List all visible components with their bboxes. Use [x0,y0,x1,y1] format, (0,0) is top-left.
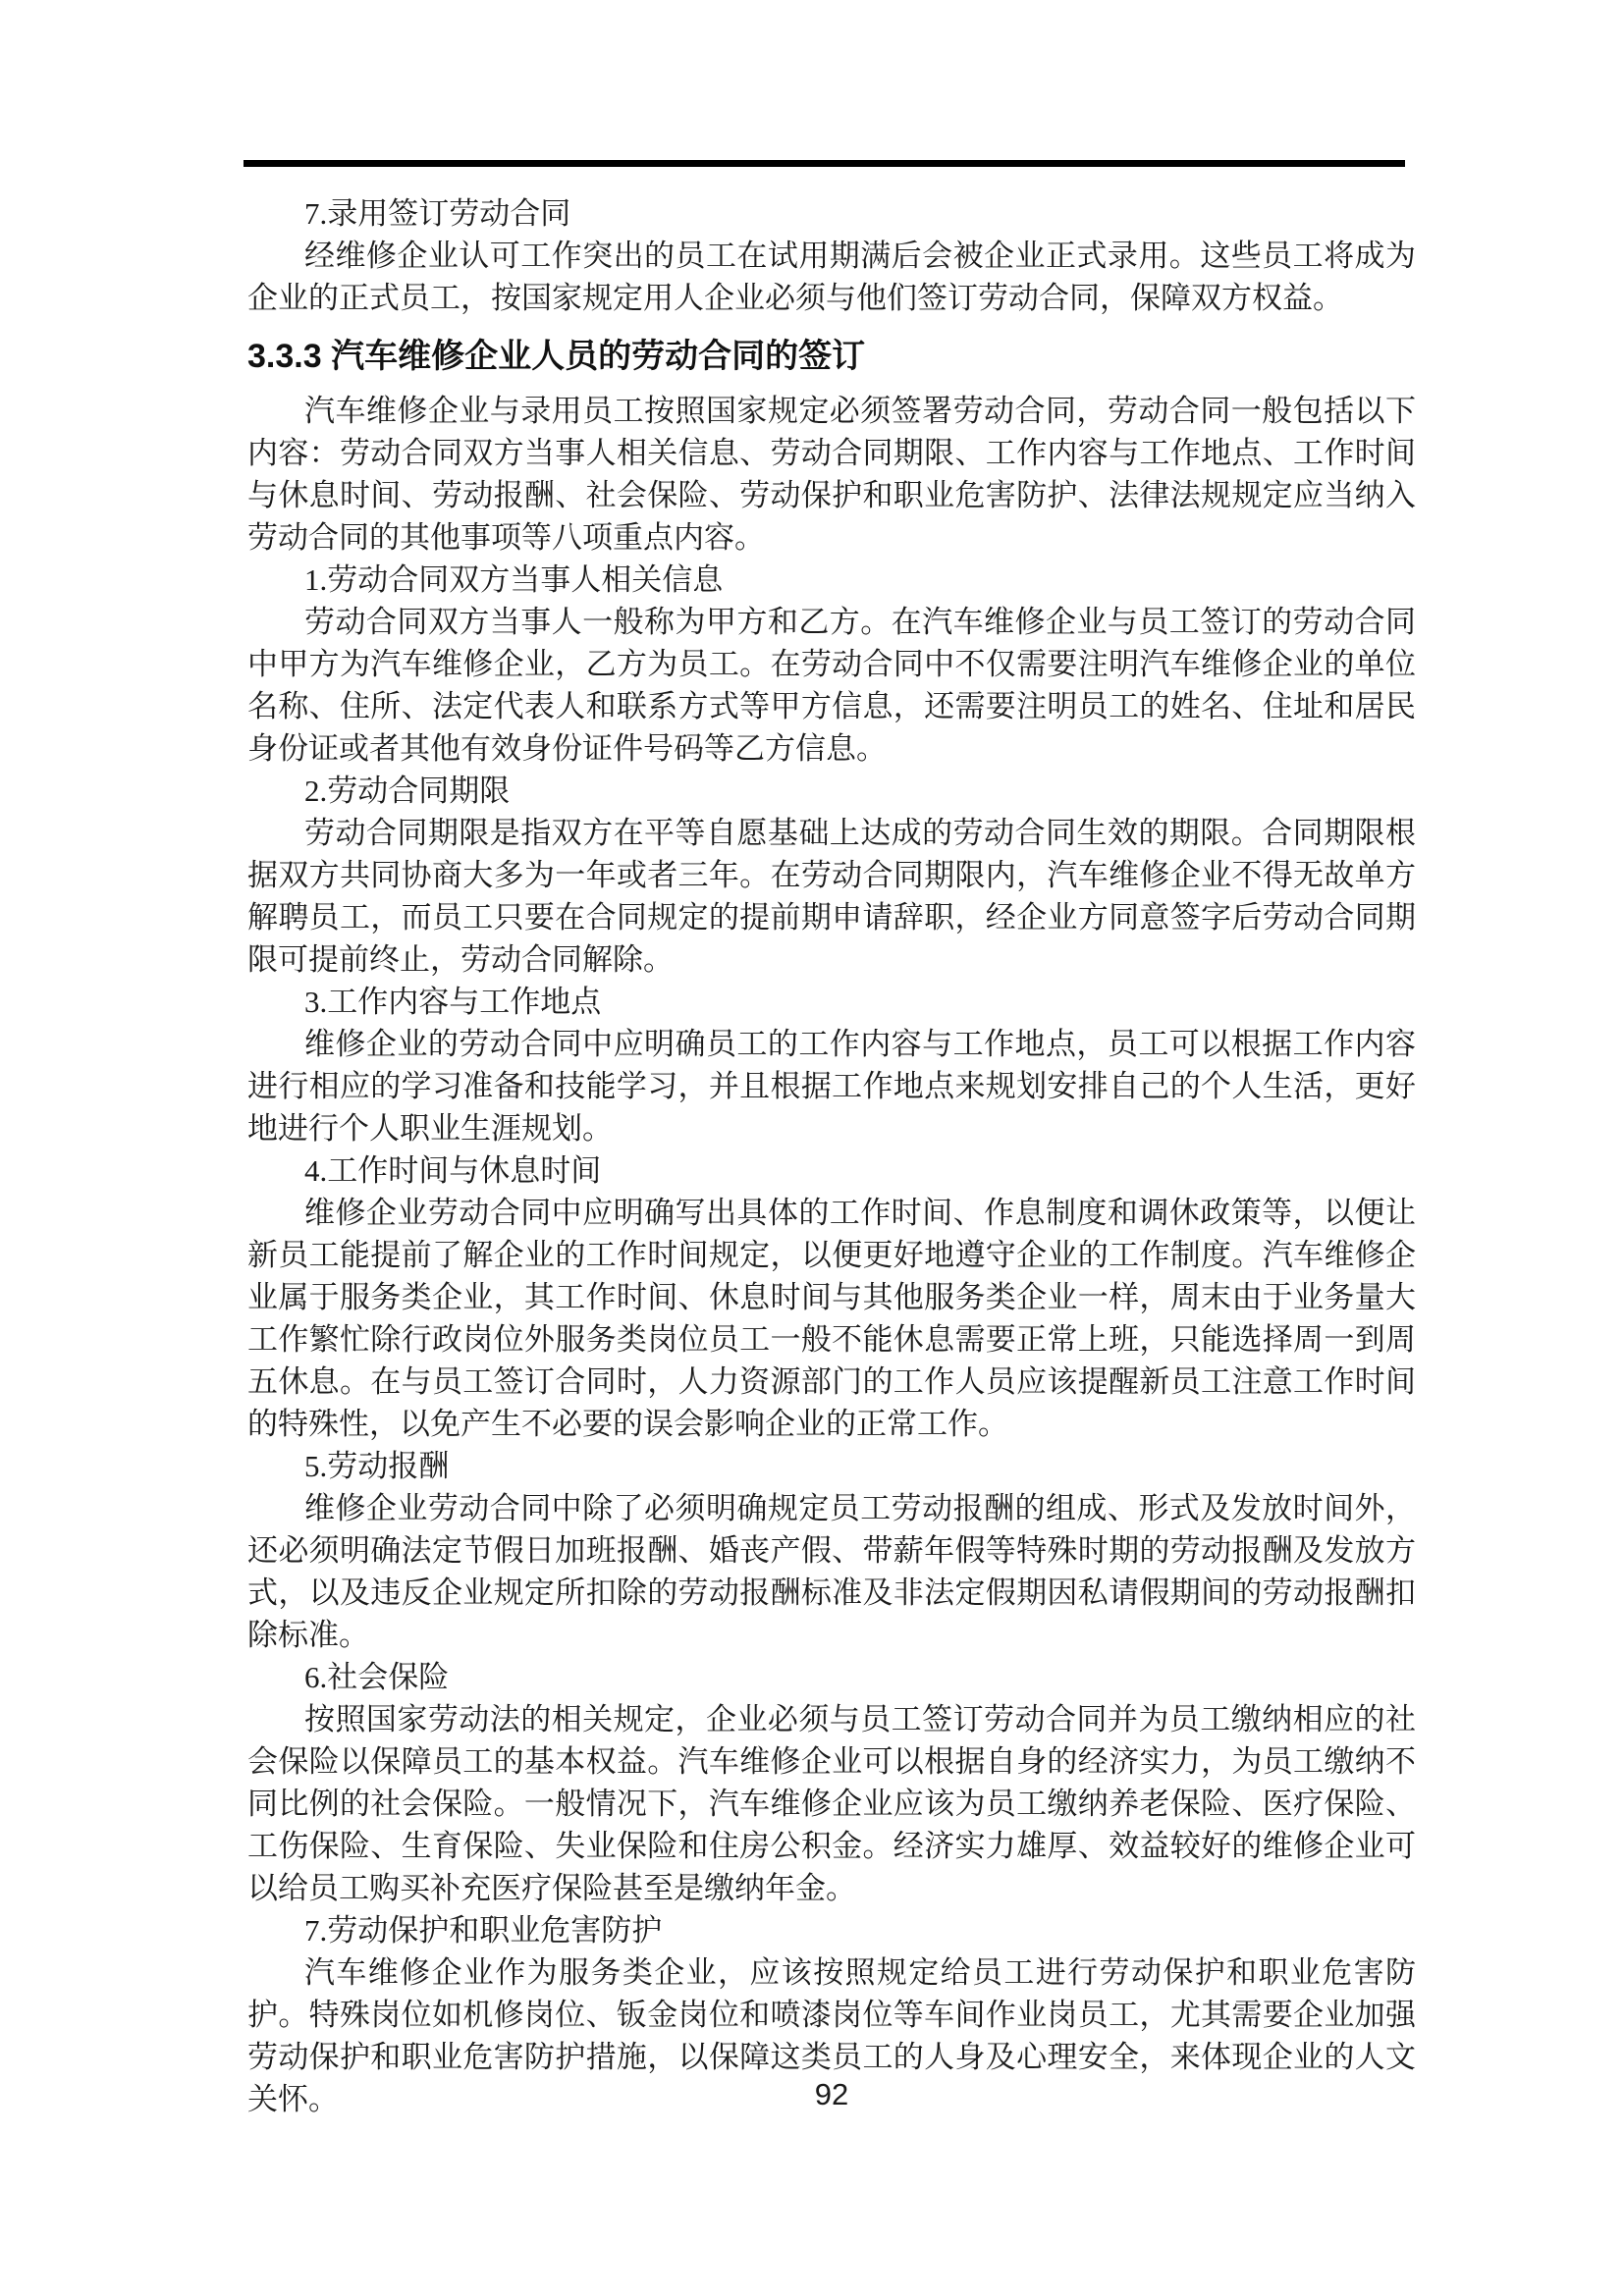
header-rule [244,160,1405,167]
document-page: 7.录用签订劳动合同经维修企业认可工作突出的员工在试用期满后会被企业正式录用。这… [0,0,1624,2296]
paragraph: 汽车维修企业与录用员工按照国家规定必须签署劳动合同，劳动合同一般包括以下内容：劳… [247,390,1416,559]
item-heading: 5.劳动报酬 [247,1445,1416,1487]
item-heading: 4.工作时间与休息时间 [247,1149,1416,1192]
item-heading: 1.劳动合同双方当事人相关信息 [247,559,1416,601]
item-heading: 3.工作内容与工作地点 [247,981,1416,1023]
item-heading: 6.社会保险 [247,1656,1416,1698]
item-heading: 7.录用签订劳动合同 [247,192,1416,235]
paragraph: 劳动合同期限是指双方在平等自愿基础上达成的劳动合同生效的期限。合同期限根据双方共… [247,812,1416,981]
item-heading: 2.劳动合同期限 [247,770,1416,812]
paragraph: 维修企业的劳动合同中应明确员工的工作内容与工作地点，员工可以根据工作内容进行相应… [247,1023,1416,1149]
item-heading: 7.劳动保护和职业危害防护 [247,1909,1416,1951]
page-body: 7.录用签订劳动合同经维修企业认可工作突出的员工在试用期满后会被企业正式录用。这… [247,192,1416,2120]
paragraph: 维修企业劳动合同中应明确写出具体的工作时间、作息制度和调休政策等，以便让新员工能… [247,1192,1416,1445]
paragraph: 维修企业劳动合同中除了必须明确规定员工劳动报酬的组成、形式及发放时间外，还必须明… [247,1487,1416,1656]
paragraph: 按照国家劳动法的相关规定，企业必须与员工签订劳动合同并为员工缴纳相应的社会保险以… [247,1698,1416,1909]
section-heading: 3.3.3 汽车维修企业人员的劳动合同的签订 [247,333,1416,380]
page-number: 92 [247,2073,1416,2115]
paragraph: 劳动合同双方当事人一般称为甲方和乙方。在汽车维修企业与员工签订的劳动合同中甲方为… [247,601,1416,770]
paragraph: 经维修企业认可工作突出的员工在试用期满后会被企业正式录用。这些员工将成为企业的正… [247,235,1416,319]
